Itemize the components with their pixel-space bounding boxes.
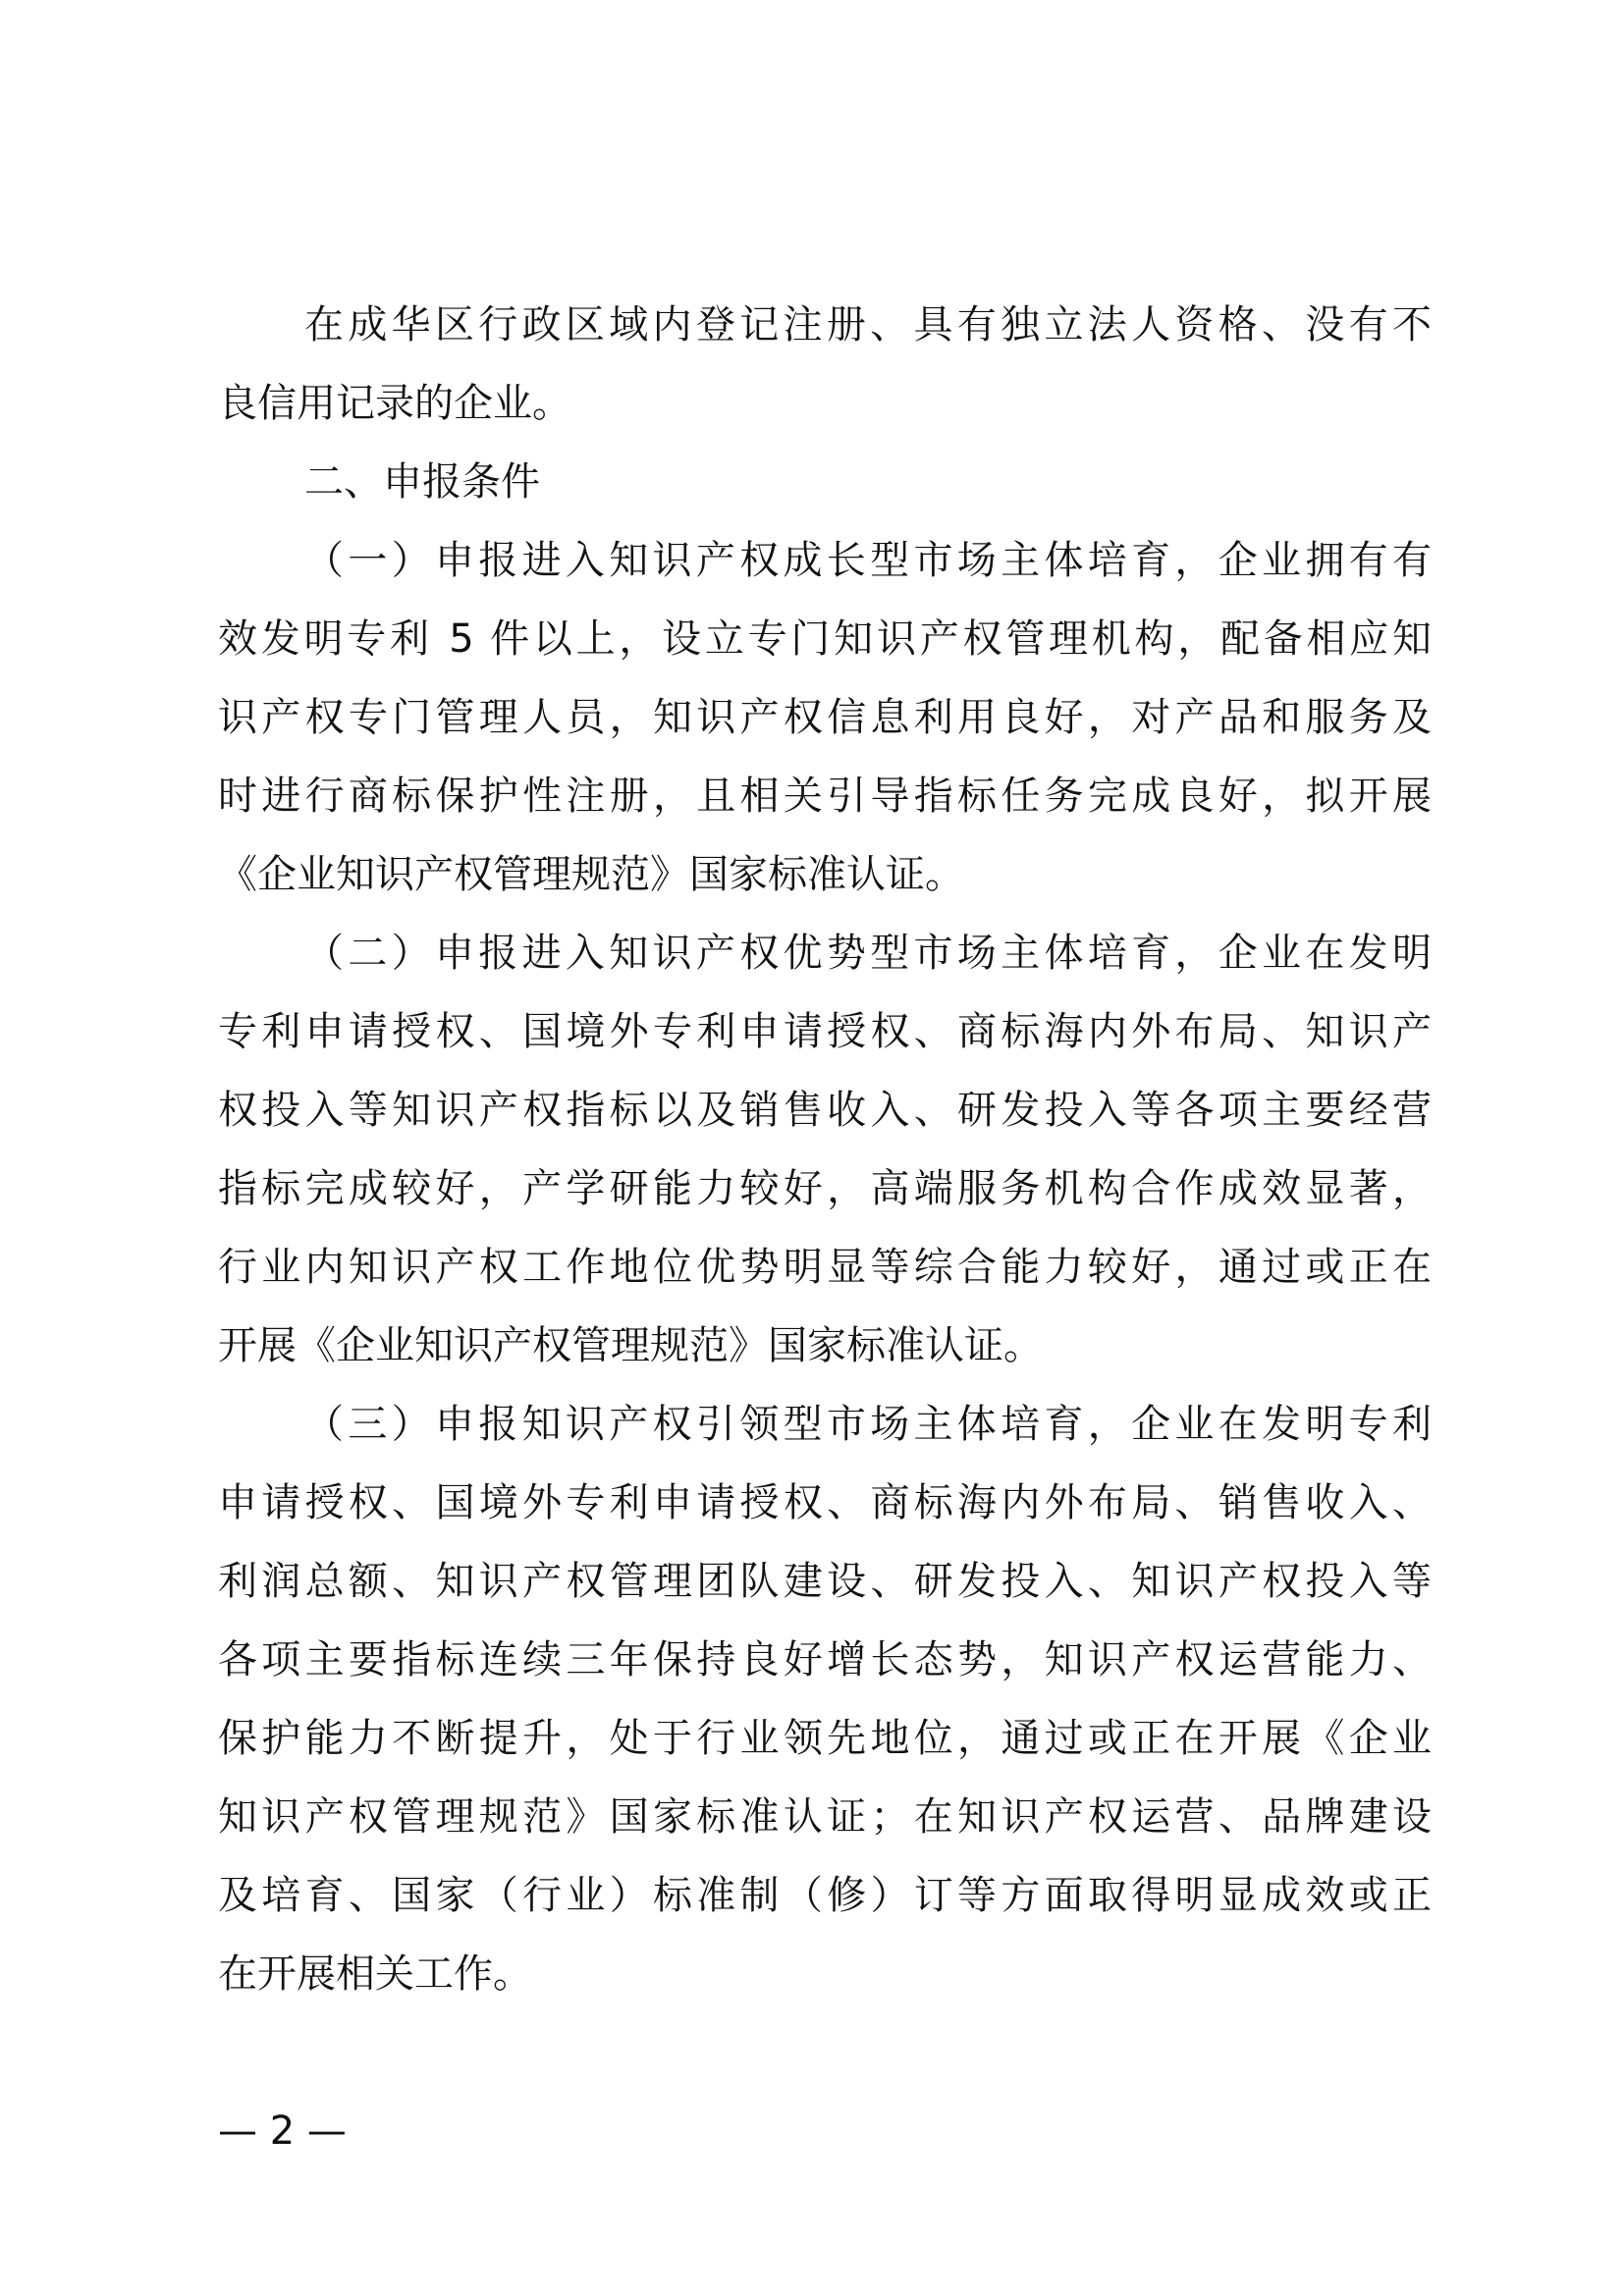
page-number: — 2 —	[218, 2101, 347, 2162]
paragraph-eligibility-line-2: 良信用记录的企业。	[218, 373, 1432, 452]
condition-2-line-4: 指标完成较好，产学研能力较好，高端服务机构合作成效显著，	[218, 1158, 1432, 1237]
condition-1-line-5: 《企业知识产权管理规范》国家标准认证。	[218, 844, 1432, 923]
condition-1-line-2: 效发明专利 5 件以上，设立专门知识产权管理机构，配备相应知	[218, 609, 1432, 687]
condition-1-line-3: 识产权专门管理人员，知识产权信息利用良好，对产品和服务及	[218, 687, 1432, 766]
condition-2-line-2: 专利申请授权、国境外专利申请授权、商标海内外布局、知识产	[218, 1001, 1432, 1080]
document-page: 在成华区行政区域内登记注册、具有独立法人资格、没有不 良信用记录的企业。 二、申…	[0, 0, 1624, 2296]
condition-3-line-5: 保护能力不断提升，处于行业领先地位，通过或正在开展《企业	[218, 1708, 1432, 1787]
paragraph-eligibility-line-1: 在成华区行政区域内登记注册、具有独立法人资格、没有不	[218, 294, 1432, 373]
condition-2-line-5: 行业内知识产权工作地位优势明显等综合能力较好，通过或正在	[218, 1237, 1432, 1315]
condition-2-line-6: 开展《企业知识产权管理规范》国家标准认证。	[218, 1315, 1432, 1394]
condition-1-line-1: （一）申报进入知识产权成长型市场主体培育，企业拥有有	[218, 530, 1432, 609]
section-heading-application-conditions: 二、申报条件	[218, 452, 1432, 530]
condition-3-line-3: 利润总额、知识产权管理团队建设、研发投入、知识产权投入等	[218, 1551, 1432, 1629]
condition-3-line-1: （三）申报知识产权引领型市场主体培育，企业在发明专利	[218, 1394, 1432, 1472]
condition-3-line-2: 申请授权、国境外专利申请授权、商标海内外布局、销售收入、	[218, 1472, 1432, 1551]
condition-3-line-4: 各项主要指标连续三年保持良好增长态势，知识产权运营能力、	[218, 1629, 1432, 1708]
condition-3-line-6: 知识产权管理规范》国家标准认证；在知识产权运营、品牌建设	[218, 1787, 1432, 1865]
condition-3-line-7: 及培育、国家（行业）标准制（修）订等方面取得明显成效或正	[218, 1865, 1432, 1944]
document-body: 在成华区行政区域内登记注册、具有独立法人资格、没有不 良信用记录的企业。 二、申…	[218, 294, 1432, 2022]
condition-3-line-8: 在开展相关工作。	[218, 1944, 1432, 2022]
condition-1-line-4: 时进行商标保护性注册，且相关引导指标任务完成良好，拟开展	[218, 766, 1432, 844]
condition-2-line-1: （二）申报进入知识产权优势型市场主体培育，企业在发明	[218, 923, 1432, 1001]
condition-2-line-3: 权投入等知识产权指标以及销售收入、研发投入等各项主要经营	[218, 1080, 1432, 1158]
